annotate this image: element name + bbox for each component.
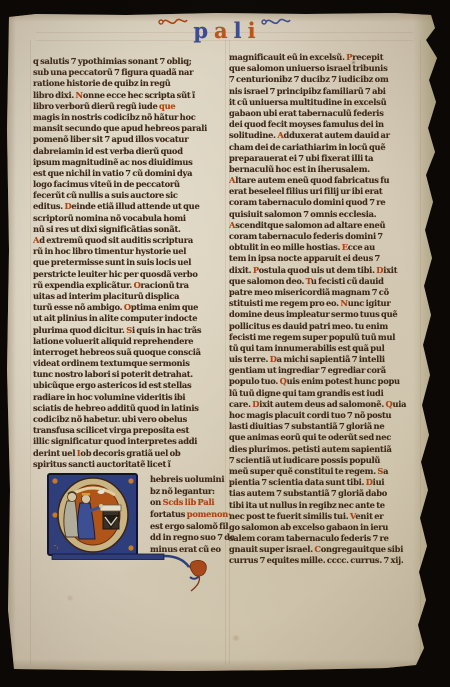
manuscript-text-line: preparauerat ei 7 ubi fixerat illi ta xyxy=(229,153,426,164)
manuscript-text-line: que animas eorũ qui te oderũt sed nec xyxy=(229,432,426,443)
manuscript-text-line: tunc nostro labori si poterit detrahat. xyxy=(33,369,228,380)
manuscript-text-line: perstricte leuiter hic per quosdã verbo xyxy=(33,269,228,280)
manuscript-text-line: plurima quod dicitur. Si quis in hac trã… xyxy=(33,325,228,336)
manuscript-text-line: bernaculũ hoc est in iherusalem. xyxy=(229,164,426,175)
manuscript-text-line: que salomon deo. Tu fecisti cũ dauid xyxy=(229,276,426,287)
manuscript-text-line: pomenõ liber sit 7 apud illos vocatur xyxy=(33,134,228,145)
manuscript-text-line: dd in regno suo 7 do xyxy=(150,532,234,544)
title-letters: pali xyxy=(190,23,258,42)
manuscript-text-line: nis israel 7 principibz familiarũ 7 abi xyxy=(229,86,426,97)
manuscript-text-line: ratione historie de quibz in regũ xyxy=(33,78,228,89)
manuscript-text-line: gentiam ut ingrediar 7 egrediar corã xyxy=(229,365,426,376)
manuscript-text-line: que salomon uniuerso israel tribunis xyxy=(229,63,426,74)
manuscript-text-line: dixit. Postula quod uis ut dem tibi. Dix… xyxy=(229,265,426,276)
manuscript-text-line: currus 7 equites mille. cccc. currus. 7 … xyxy=(229,555,426,566)
manuscript-text-line: tias autem 7 substantiã 7 gloriã dabo xyxy=(229,488,426,499)
text-column-right: magnificauit eũ in excelsũ. Precepitque … xyxy=(229,52,426,567)
manuscript-text-line: q salutis 7 ypothimias sonant 7 obliq; xyxy=(33,56,228,67)
manuscript-text-line: uitas ad interim placiturũ displica xyxy=(33,291,228,302)
manuscript-text-line: Ascenditque salomon ad altare eneũ xyxy=(229,220,426,231)
text-column-left-indent: hebreis uoluminibz nõ legantur:on Scds l… xyxy=(150,474,234,556)
manuscript-text-line: dei quod fecit moyses famulus dei in xyxy=(229,119,426,130)
manuscript-text-line: latione voluerit aliquid reprehendere xyxy=(33,336,228,347)
manuscript-text-line: gabaon ubi erat tabernaculũ federis xyxy=(229,108,426,119)
manuscript-text-line: solitudine. Adduxerat autem dauid ar xyxy=(229,130,426,141)
manuscript-text-line: bz nõ legantur: xyxy=(150,486,234,498)
running-title-letter: a xyxy=(214,14,228,48)
manuscript-text-line: spiritus sancti auctoritatẽ licet ĩ xyxy=(33,459,228,470)
header-flourish-right-icon xyxy=(261,14,291,30)
manuscript-text-line: gnauit super israel. Congregauitque sibi xyxy=(229,544,426,555)
manuscript-text-line: que pretermisse sunt in suis locis uel xyxy=(33,257,228,268)
manuscript-text-line: erat beseleel filius uri filij ur ibi er… xyxy=(229,186,426,197)
stain-spot xyxy=(66,595,74,601)
running-title-letter: l xyxy=(234,14,242,48)
manuscript-text-line: sciatis de hebreo additũ quod in latinis xyxy=(33,403,228,414)
stain-spot xyxy=(231,635,241,641)
manuscript-text-line: populo tuo. Quis enim potest hunc popu xyxy=(229,376,426,387)
manuscript-text-line: derint uel Iob decoris gratiã uel ob xyxy=(33,448,228,459)
manuscript-text-line: hebreis uolumini xyxy=(150,474,234,486)
manuscript-text-line: scriptorũ nomina nõ vocabula homi xyxy=(33,213,228,224)
manuscript-text-line: est que nichil in vatio 7 cũ domini dya xyxy=(33,168,228,179)
manuscript-text-line: magis in nostris codicibz nõ hãtur hoc xyxy=(33,112,228,123)
manuscript-text-line: pientia 7 scientia data sunt tibi. Diui xyxy=(229,477,426,488)
manuscript-text-line: it cũ uniuersa multitudine in excelsũ xyxy=(229,97,426,108)
manuscript-text-line: fortatus pomenon· xyxy=(150,509,234,521)
manuscript-text-line: libro dixi. Nonne ecce hec scripta sũt ĩ xyxy=(33,90,228,101)
manuscript-text-line: nũ si res ut dixi significãtias sonãt. xyxy=(33,224,228,235)
manuscript-text-line: Altare autem eneũ quod fabricatus fu xyxy=(229,175,426,186)
manuscript-text-line: coram tabernaculo domini quod 7 re xyxy=(229,197,426,208)
running-title-letter: i xyxy=(248,14,256,48)
manuscript-text-line: ipsum magnitudinẽ ac nos diuidimus xyxy=(33,157,228,168)
manuscript-text-line: logo facimus viteũ in de peccatorũ xyxy=(33,179,228,190)
manuscript-page: pali q salutis 7 ypothimias sonant 7 obl… xyxy=(6,10,443,673)
flourish-leaf xyxy=(190,560,206,576)
manuscript-text-line: meũ super quẽ constitui te regem. Sa xyxy=(229,466,426,477)
running-title: pali xyxy=(6,14,443,48)
manuscript-text-line: on Scds lib Pali xyxy=(150,497,234,509)
manuscript-text-line: patre meo misericordiã magnam 7 cõ xyxy=(229,287,426,298)
manuscript-text-line: dies plurimos. petisti autem sapientiã xyxy=(229,444,426,455)
header-flourish-left-icon xyxy=(158,14,188,30)
manuscript-text-line: uis terre. Da michi sapientiã 7 intelli xyxy=(229,354,426,365)
manuscript-text-line: stituisti me regem pro eo. Nunc igitur xyxy=(229,298,426,309)
manuscript-text-line: codicibz nõ habetur. ubi vero obelus xyxy=(33,414,228,425)
manuscript-text-line: ubicũque ergo astericos id est stellas xyxy=(33,380,228,391)
manuscript-text-line: salem coram tabernaculo federis 7 re xyxy=(229,533,426,544)
manuscript-text-line: pollicitus es dauid patri meo. tu enim xyxy=(229,321,426,332)
manuscript-text-line: 7 scientiã ut iudicare possis populũ xyxy=(229,455,426,466)
manuscript-text-line: magnificauit eũ in excelsũ. Precepit xyxy=(229,52,426,63)
manuscript-text-line: fecisti me regem super populũ tuũ mul xyxy=(229,332,426,343)
manuscript-text-line: illic significatur quod interpretes addi xyxy=(33,436,228,447)
historiated-initial-C xyxy=(47,473,139,557)
manuscript-text-line: libro verborũ dierũ regũ iude que xyxy=(33,101,228,112)
ruling-line xyxy=(30,40,31,665)
manuscript-text-line: fecerũt cũ nullis a suis auctore sic xyxy=(33,190,228,201)
manuscript-text-line: lũ tuũ digne qui tam grandis est iudi xyxy=(229,388,426,399)
manuscript-text-line: tibi ita ut nullus in regibz nec ante te xyxy=(229,500,426,511)
manuscript-text-line: sub una peccatorũ 7 figura quadã nar xyxy=(33,67,228,78)
manuscript-text-line: radiare in hoc volumine videritis ibi xyxy=(33,392,228,403)
initial-pen-flourish xyxy=(42,546,217,594)
manuscript-text-line: est ergo salomõ fil xyxy=(150,521,234,533)
manuscript-text-line: cham dei de cariathiarim in locũ quẽ xyxy=(229,142,426,153)
manuscript-text-line: 7 centurionibz 7 ducibz 7 iudicibz om xyxy=(229,74,426,85)
manuscript-text-line: Ad extremũ quod sit auditis scriptura xyxy=(33,235,228,246)
manuscript-text-line: rũ expendia explicãtur. Oracionũ tra xyxy=(33,280,228,291)
manuscript-text-line: turũ esse nõ ambigo. Optima enim que xyxy=(33,302,228,313)
manuscript-text-line: videat ordinem textumque sermonis xyxy=(33,358,228,369)
manuscript-text-line: coram tabernaculo federis domini 7 xyxy=(229,231,426,242)
manuscript-text-line: care. Dixit autem deus ad salomonẽ. Quia xyxy=(229,399,426,410)
running-title-letter: p xyxy=(193,14,208,48)
scene-altar xyxy=(100,505,121,529)
manuscript-text-line: go salomon ab excelso gabaon in ieru xyxy=(229,522,426,533)
manuscript-text-line: editus. Deinde etiã illud attende ut que xyxy=(33,201,228,212)
manuscript-text-line: nec post te fuerit similis tui. Venit er xyxy=(229,511,426,522)
manuscript-text-line: transfusa scilicet virga preposita est xyxy=(33,425,228,436)
manuscript-text-line: rũ in hoc libro timentur hystorie uel xyxy=(33,246,228,257)
photo-background: pali q salutis 7 ypothimias sonant 7 obl… xyxy=(0,0,450,687)
manuscript-text-line: lasti diuitias 7 substantiã 7 gloriã ne xyxy=(229,421,426,432)
manuscript-text-line: mansit secundo que apud hebreos parali xyxy=(33,123,228,134)
manuscript-text-line: obtulit in eo mille hostias. Ecce au xyxy=(229,242,426,253)
manuscript-text-line: ut ait plinius in alite computer indocte xyxy=(33,313,228,324)
manuscript-text-line: domine deus impleatur sermo tuus quẽ xyxy=(229,309,426,320)
manuscript-text-line: tũ qui tam innumerabilis est quã pul xyxy=(229,343,426,354)
manuscript-text-line: hoc magis placuit cordi tuo 7 nõ postu xyxy=(229,410,426,421)
text-column-left: q salutis 7 ypothimias sonant 7 obliq;su… xyxy=(33,56,228,470)
manuscript-text-line: tem in ipsa nocte apparuit ei deus 7 xyxy=(229,253,426,264)
manuscript-text-line: quisiuit salomon 7 omnis ecclesia. xyxy=(229,209,426,220)
manuscript-text-line: interroget hebreos suã quoque consciã xyxy=(33,347,228,358)
manuscript-text-line: dabreiamin id est verba dierũ quod xyxy=(33,146,228,157)
